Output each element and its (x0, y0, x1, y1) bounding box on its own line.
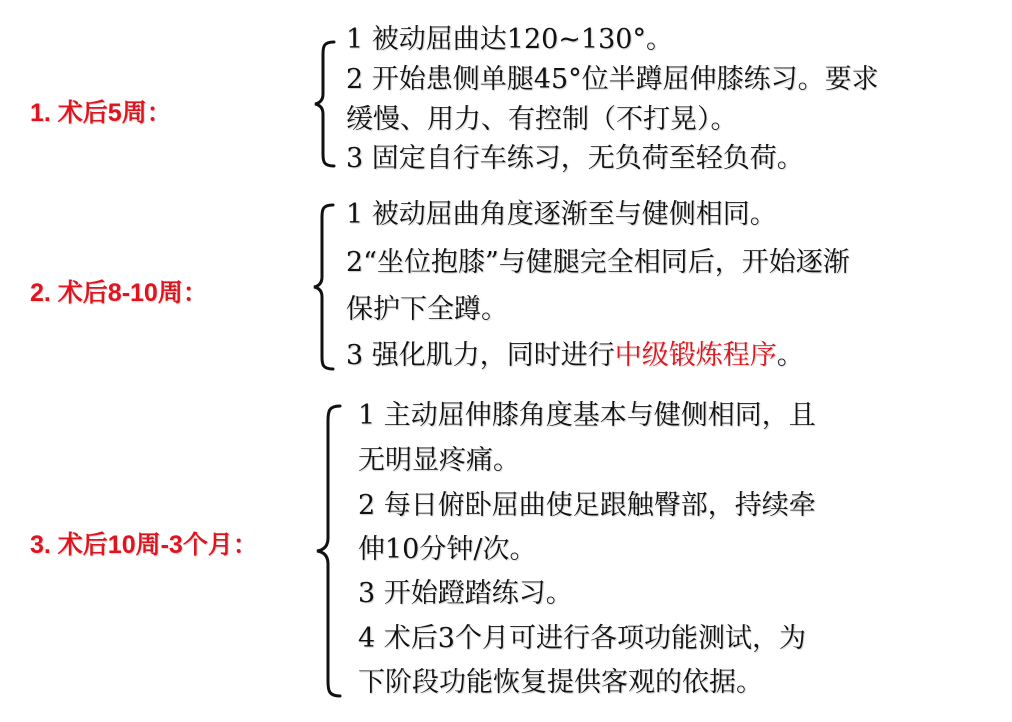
item-text: 2 每日俯卧屈曲使足跟触臀部，持续牵 (358, 490, 816, 522)
curly-brace-icon (314, 404, 344, 698)
item-text: 下阶段功能恢复提供客观的依据。 (358, 667, 763, 699)
item-text: 缓慢、用力、有控制（不打晃）。 (346, 104, 738, 136)
stage-label-3: 3. 术后10周-3个月： (30, 525, 258, 561)
item-text: 伸10分钟/次。 (358, 534, 536, 566)
item-text: 3 固定自行车练习，无负荷至轻负荷。 (346, 143, 804, 175)
item-text: 4 术后3个月可进行各项功能测试，为 (358, 623, 806, 655)
item-text: 2“坐位抱膝”与健腿完全相同后，开始逐渐 (346, 247, 850, 279)
item-text: 3 开始蹬踏练习。 (358, 578, 573, 610)
item-text: 无明显疼痛。 (358, 445, 520, 477)
item-text-suffix: 。 (777, 340, 804, 371)
item-text: 1 被动屈曲角度逐渐至与健侧相同。 (346, 199, 777, 231)
item-text-prefix: 3 强化肌力，同时进行 (346, 340, 615, 371)
stage-label-2: 2. 术后8-10周： (30, 273, 208, 309)
highlight-text: 中级锻炼程序 (615, 340, 777, 371)
item-text: 3 强化肌力，同时进行中级锻炼程序。 (346, 340, 804, 372)
item-text: 保护下全蹲。 (346, 294, 508, 326)
stage-label-1: 1. 术后5周： (30, 93, 172, 129)
curly-brace-icon (311, 203, 337, 371)
item-text: 1 被动屈曲达120~130°。 (346, 24, 673, 56)
curly-brace-icon (312, 40, 338, 168)
item-text: 2 开始患侧单腿45°位半蹲屈伸膝练习。要求 (346, 64, 879, 96)
item-text: 1 主动屈伸膝角度基本与健侧相同，且 (358, 400, 816, 432)
